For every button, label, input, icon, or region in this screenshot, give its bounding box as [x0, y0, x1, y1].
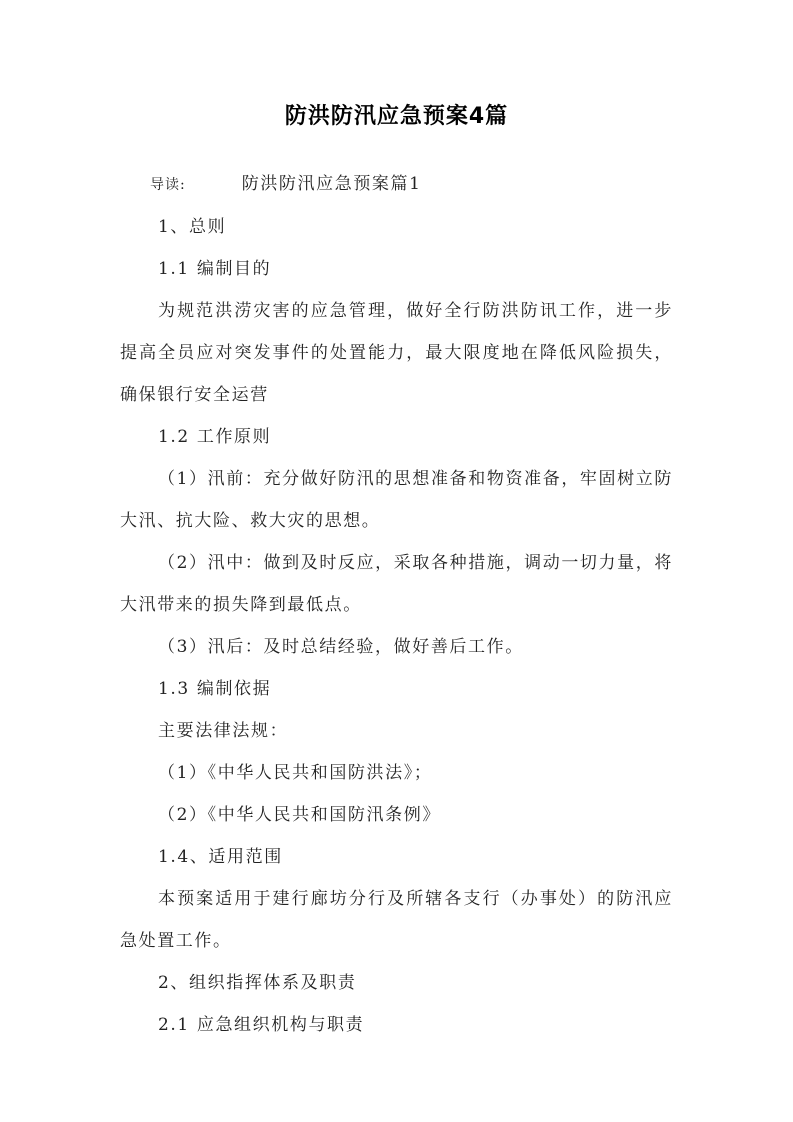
guide-label: 导读: [150, 177, 186, 193]
guide-line: 导读:防洪防汛应急预案篇1 [120, 163, 673, 206]
paragraph: （2）汛中：做到及时反应，采取各种措施，调动一切力量，将大汛带来的损失降到最低点… [120, 542, 673, 626]
list-item: （1）《中华人民共和国防洪法》； [120, 752, 673, 794]
section-heading: 1、总则 [120, 206, 673, 248]
document-title: 防洪防汛应急预案4篇 [0, 100, 793, 134]
paragraph: （3）汛后：及时总结经验，做好善后工作。 [120, 626, 673, 668]
subsection-heading: 1.4、适用范围 [120, 836, 673, 878]
subsection-heading: 1.2 工作原则 [120, 416, 673, 458]
guide-title: 防洪防汛应急预案篇1 [242, 174, 422, 194]
paragraph: （1）汛前：充分做好防汛的思想准备和物资准备，牢固树立防大汛、抗大险、救大灾的思… [120, 458, 673, 542]
list-item: （2）《中华人民共和国防汛条例》 [120, 794, 673, 836]
paragraph: 主要法律法规： [120, 710, 673, 752]
paragraph: 本预案适用于建行廊坊分行及所辖各支行（办事处）的防汛应急处置工作。 [120, 878, 673, 962]
document-body: 导读:防洪防汛应急预案篇1 1、总则 1.1 编制目的 为规范洪涝灾害的应急管理… [120, 163, 673, 1046]
document-page: 防洪防汛应急预案4篇 导读:防洪防汛应急预案篇1 1、总则 1.1 编制目的 为… [0, 0, 793, 1122]
subsection-heading: 1.3 编制依据 [120, 668, 673, 710]
subsection-heading: 1.1 编制目的 [120, 248, 673, 290]
paragraph: 为规范洪涝灾害的应急管理，做好全行防洪防讯工作，进一步提高全员应对突发事件的处置… [120, 290, 673, 416]
subsection-heading: 2.1 应急组织机构与职责 [120, 1004, 673, 1046]
section-heading: 2、组织指挥体系及职责 [120, 962, 673, 1004]
